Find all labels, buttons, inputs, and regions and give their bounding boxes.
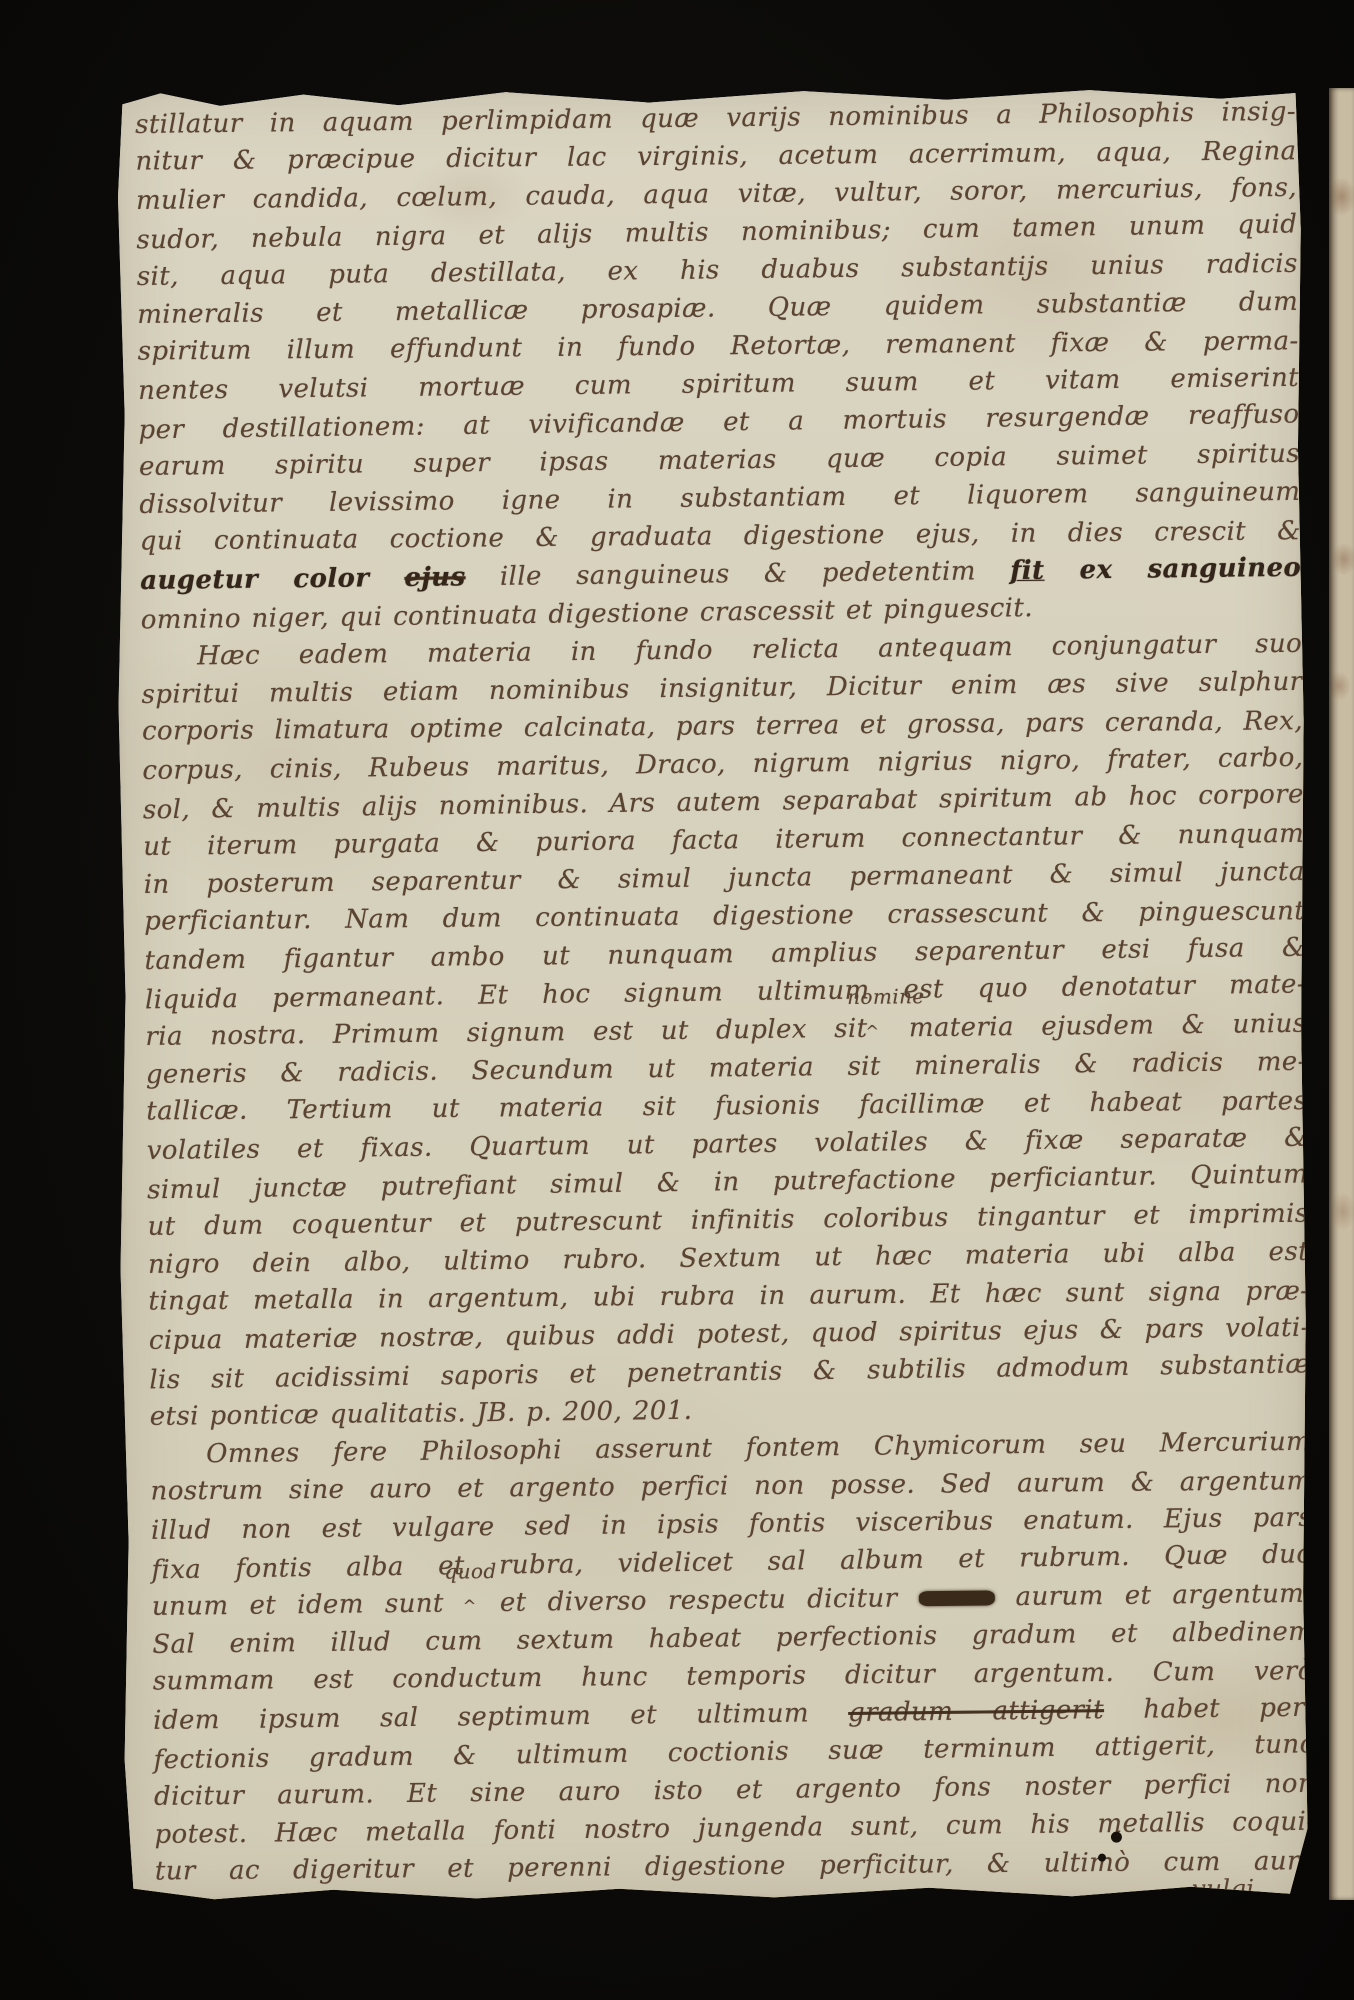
ink-dot (1111, 1832, 1122, 1843)
adjacent-page-edge (1329, 88, 1354, 1900)
manuscript-page: stillatur in aquam perlimpidam quæ varij… (113, 84, 1310, 1905)
interlinear-insertion: quod (465, 1585, 479, 1611)
catchword: vulgi (1192, 1874, 1254, 1903)
interlinear-insertion: nomine (867, 1011, 881, 1037)
manuscript-text: stillatur in aquam perlimpidam quæ varij… (135, 93, 1316, 1892)
photo-background: stillatur in aquam perlimpidam quæ varij… (0, 0, 1354, 2000)
ink-dot (1098, 1854, 1106, 1862)
